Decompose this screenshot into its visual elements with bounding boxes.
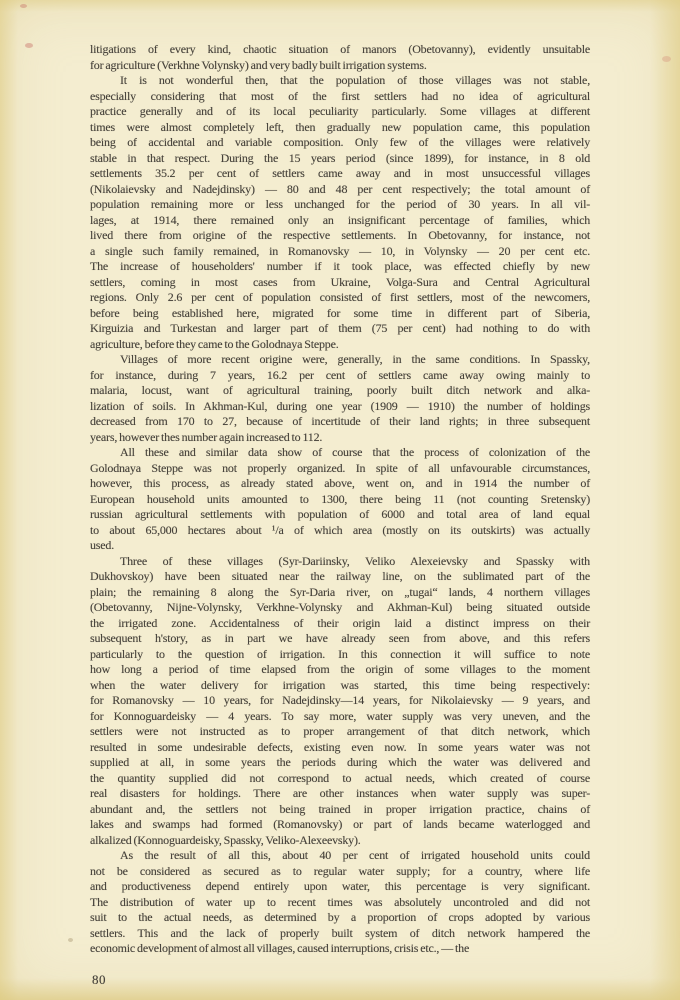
text-line: times were almost completely left, then … [90,120,590,136]
text-line: abundant and, the settlers not being tra… [90,802,590,818]
text-line: Dukhovskoy) have been situated near the … [90,569,590,585]
text-line: plain; the remaining 8 along the Syr-Dar… [90,585,590,601]
text-line: The distribution of water up to recent t… [90,895,590,911]
text-line: when the water delivery for irrigation w… [90,678,590,694]
text-line: It is not wonderful then, that the popul… [90,73,590,89]
text-line: being of accidental and variable composi… [90,135,590,151]
paragraph: Three of these villages (Syr-Dariinsky, … [90,554,590,849]
text-line: settlers, coming in most cases from Ukra… [90,275,590,291]
text-line: resulted in some undesirable defects, ex… [90,740,590,756]
paragraph: As the result of all this, about 40 per … [90,848,590,957]
text-line: to about 65,000 hectares about ¹/a of wh… [90,523,590,539]
text-line: used. [90,538,590,554]
text-line: Three of these villages (Syr-Dariinsky, … [90,554,590,570]
text-line: for Romanovsky — 10 years, for Nadejdins… [90,693,590,709]
paragraph: It is not wonderful then, that the popul… [90,73,590,352]
text-line: however, this process, as already stated… [90,476,590,492]
text-line: malaria, locust, want of agricultural tr… [90,383,590,399]
text-line: for instance, during 7 years, 16.2 per c… [90,368,590,384]
text-line: lization of soils. In Akhman-Kul, during… [90,399,590,415]
text-line: for agriculture (Verkhne Volynsky) and v… [90,58,590,74]
text-line: for Konnoguardeisky — 4 years. To say mo… [90,709,590,725]
text-line: years, however thes number again increas… [90,430,590,446]
text-line: agriculture, before they came to the Gol… [90,337,590,353]
text-line: and productiveness depend entirely upon … [90,879,590,895]
text-line: (Nikolaievsky and Nadejdinsky) — 80 and … [90,182,590,198]
text-line: the quantity supplied did not correspond… [90,771,590,787]
text-line: how long a period of time elapsed from t… [90,662,590,678]
text-line: stable in that respect. During the 15 ye… [90,151,590,167]
text-line: regions. Only 2.6 per cent of population… [90,290,590,306]
text-line: economic development of almost all villa… [90,941,590,957]
text-line: especially considering that most of the … [90,89,590,105]
scan-speck [662,56,671,62]
scan-speck [68,938,73,942]
text-line: Golodnaya Steppe was not properly organi… [90,461,590,477]
text-line: The increase of householders' number if … [90,259,590,275]
text-line: lages, at 1914, there remained only an i… [90,213,590,229]
text-line: alkalized (Konnoguardeisky, Spassky, Vel… [90,833,590,849]
text-line: lived there from origine of the respecti… [90,228,590,244]
text-line: a single such family remained, in Romano… [90,244,590,260]
text-line: settlers. This and the lack of properly … [90,926,590,942]
scanned-page: litigations of every kind, chaotic situa… [0,0,680,1000]
paragraph: Villages of more recent origine were, ge… [90,352,590,445]
text-line: subsequent h'story, as in part we have a… [90,631,590,647]
text-line: European household units amounted to 130… [90,492,590,508]
text-line: settlers were not instructed as to prope… [90,724,590,740]
text-line: population remaining more or less unchan… [90,197,590,213]
text-line: As the result of all this, about 40 per … [90,848,590,864]
text-line: the irrigated zone. Accidentalness of th… [90,616,590,632]
text-block: litigations of every kind, chaotic situa… [90,42,590,957]
scan-speck [25,43,33,48]
text-line: decreased from 170 to 27, because of inc… [90,414,590,430]
scan-speck [20,4,27,8]
text-line: lakes and swamps had formed (Romanovsky)… [90,817,590,833]
text-line: practice generally and of its local pecu… [90,104,590,120]
text-line: litigations of every kind, chaotic situa… [90,42,590,58]
text-line: real disasters for holdings. There are o… [90,786,590,802]
text-line: not be considered as secured as to regul… [90,864,590,880]
page-number: 80 [92,972,106,988]
paragraph: All these and similar data show of cours… [90,445,590,554]
text-line: (Obetovanny, Nijne-Volynsky, Verkhne-Vol… [90,600,590,616]
text-line: Villages of more recent origine were, ge… [90,352,590,368]
text-line: russian agricultural settlements with po… [90,507,590,523]
text-line: suit to the actual needs, as determined … [90,910,590,926]
text-line: All these and similar data show of cours… [90,445,590,461]
text-line: settlements 35.2 per cent of settlers ca… [90,166,590,182]
text-line: particularly to the question of irrigati… [90,647,590,663]
paragraph: litigations of every kind, chaotic situa… [90,42,590,73]
text-line: supplied at all, in some years the perio… [90,755,590,771]
text-line: before being established here, migrated … [90,306,590,322]
text-line: Kirguizia and Turkestan and larger part … [90,321,590,337]
